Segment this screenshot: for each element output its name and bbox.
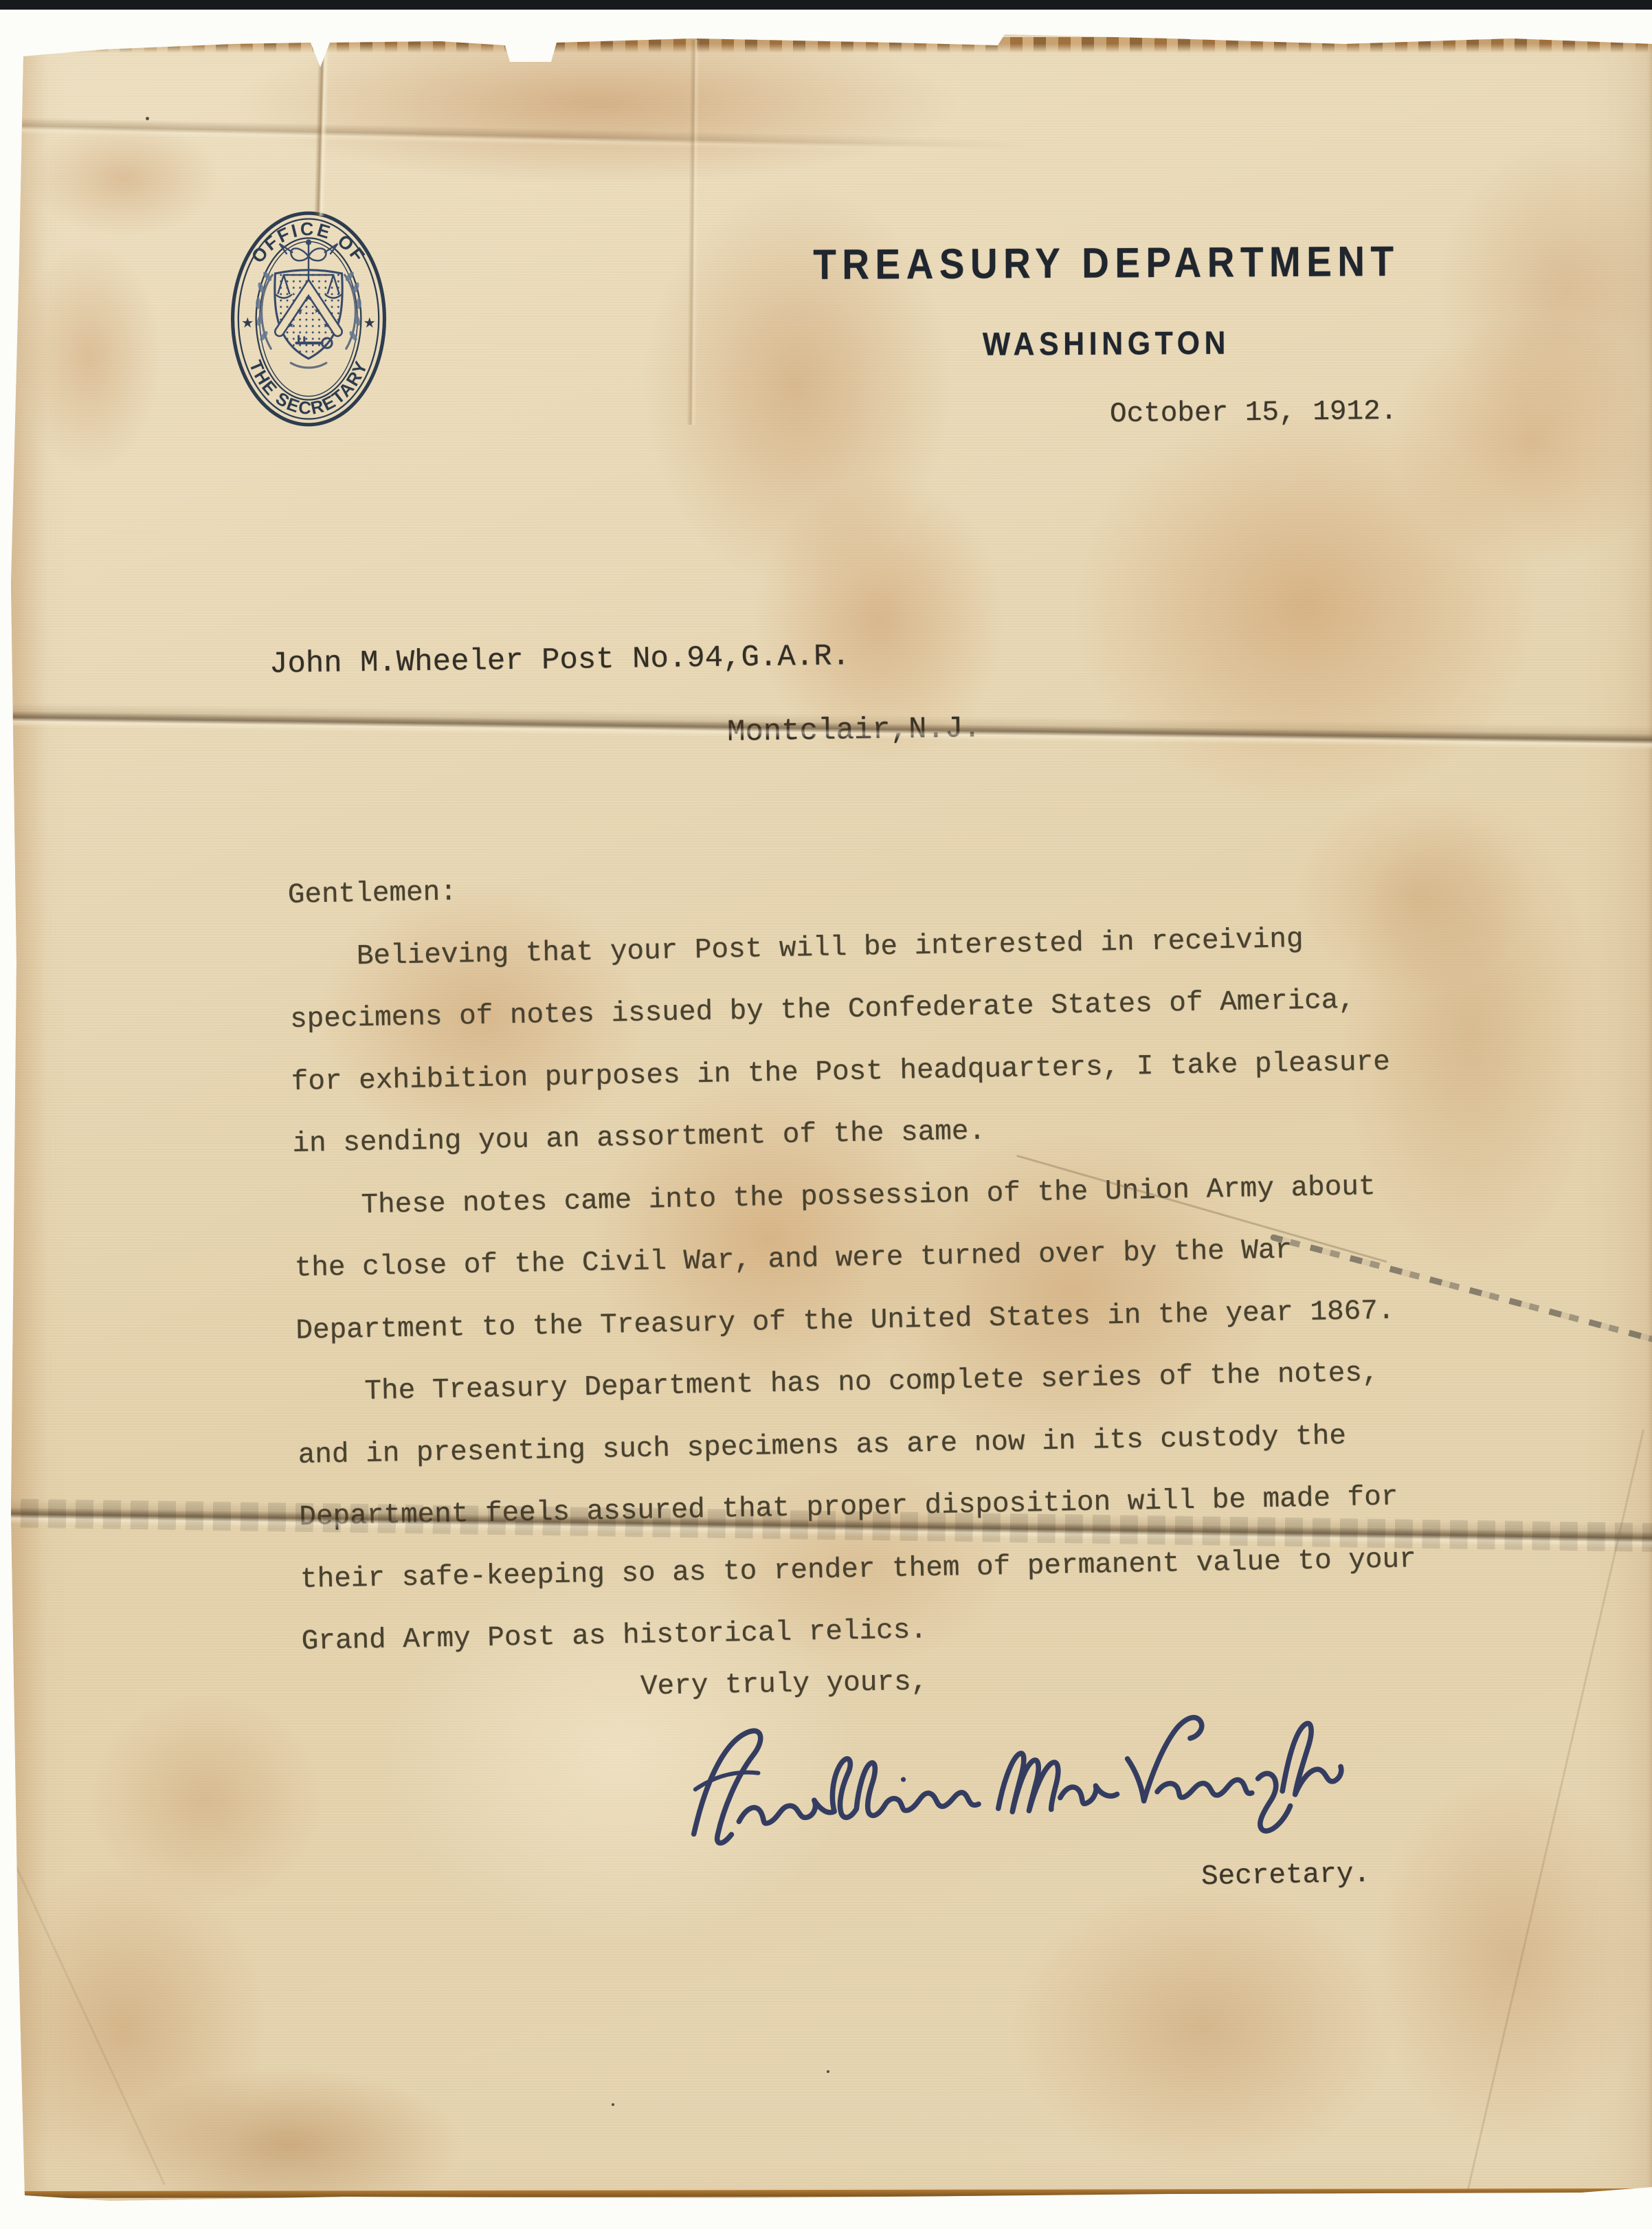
paper-crack-center: [687, 40, 700, 425]
svg-text:★: ★: [313, 306, 320, 315]
svg-text:★: ★: [297, 306, 304, 315]
ink-speck: [827, 2070, 829, 2073]
letterhead: TREASURY DEPARTMENT WASHINGTON: [783, 241, 1429, 362]
seal-right-star-icon: ★: [364, 314, 377, 331]
letter-body: Gentlemen: Believing that your Post will…: [287, 844, 1418, 1673]
letter-paper: Franklin MacVeagh OFFICE OF THE SECRETAR…: [0, 0, 1652, 2229]
ink-speck: [612, 2103, 614, 2106]
address-line-2: Montclair,N.J.: [727, 711, 981, 750]
paper-crack-left: [314, 44, 330, 216]
ink-speck: [146, 117, 149, 120]
diagonal-crease-bottom-right: [1466, 1430, 1644, 2193]
seal-crest: ★★★ ★★: [256, 239, 361, 368]
signature-title: Secretary.: [1201, 1859, 1371, 1893]
letterhead-department: TREASURY DEPARTMENT: [796, 237, 1417, 290]
address-line-1: John M.Wheeler Post No.94,G.A.R.: [269, 639, 851, 682]
diagonal-crease-bottom-left: [7, 1848, 166, 2186]
letterhead-city: WASHINGTON: [799, 323, 1413, 364]
fold-crease-top: [0, 117, 1031, 156]
date-line: October 15, 1912.: [1110, 396, 1398, 430]
scanner-edge-strip: [0, 0, 1652, 10]
seal-left-star-icon: ★: [241, 314, 254, 331]
bottom-paper-edge: [21, 2188, 1652, 2198]
svg-text:★: ★: [305, 293, 312, 302]
scanned-letter: Franklin MacVeagh OFFICE OF THE SECRETAR…: [0, 0, 1652, 2229]
office-of-the-secretary-seal: Franklin MacVeagh OFFICE OF THE SECRETAR…: [227, 208, 390, 430]
torn-top-edge: [0, 37, 1652, 54]
svg-text:★: ★: [323, 320, 330, 329]
svg-text:★: ★: [287, 320, 294, 329]
